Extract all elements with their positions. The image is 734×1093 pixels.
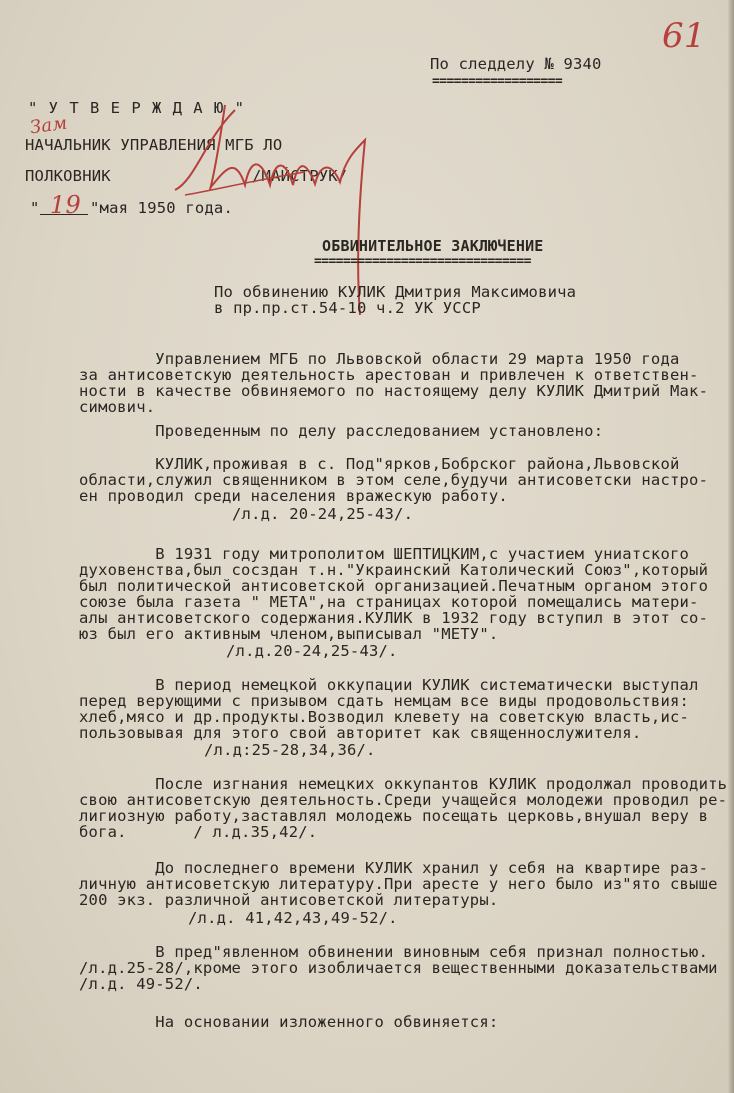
- text-line: за антисоветскую деятельность арестован …: [79, 367, 699, 383]
- text-line: пользовывая для этого свой авторитет как…: [79, 725, 641, 741]
- text-line: ности в качестве обвиняемого по настояще…: [79, 383, 708, 399]
- text-line: В пред"явленном обвинении виновным себя …: [79, 944, 708, 960]
- text-line: лигиозную работу,заставлял молодежь посе…: [79, 808, 708, 824]
- text-line: После изгнания немецких оккупантов КУЛИК…: [79, 776, 727, 792]
- text-line: был политической антисоветской организац…: [79, 578, 708, 594]
- handwritten-note: Зам: [29, 115, 68, 136]
- date-open-quote: ": [30, 200, 40, 216]
- text-line: алы антисоветского содержания.КУЛИК в 19…: [79, 610, 708, 626]
- accusation-basis: На основании изложенного обвиняется:: [79, 1014, 498, 1030]
- text-line: /л.д.25-28/,кроме этого изобличается вещ…: [79, 960, 718, 976]
- date-day-underline: [40, 214, 88, 215]
- approval-rank: ПОЛКОВНИК: [25, 168, 111, 184]
- text-line: хлеб,мясо и др.продукты.Возводил клевету…: [79, 709, 689, 725]
- document-title-underline: ==============================: [314, 258, 531, 266]
- text-line: бога. / л.д.35,42/.: [79, 824, 317, 840]
- text-line: области,служил священником в этом селе,б…: [79, 472, 708, 488]
- case-file-reference: /л.д. 41,42,43,49-52/.: [188, 910, 398, 926]
- text-line: /л.д. 49-52/.: [79, 976, 203, 992]
- charge-header-line1: По обвинению КУЛИК Дмитрия Максимовича: [214, 284, 576, 300]
- case-reference: По следделу № 9340: [430, 56, 602, 72]
- text-line: союзе была газета " МЕТА",на страницах к…: [79, 594, 699, 610]
- charge-header-line2: в пр.пр.ст.54-10 ч.2 УК УССР: [214, 300, 481, 316]
- date-month-year: "мая 1950 года.: [90, 200, 233, 216]
- case-reference-underline: ==================: [432, 78, 562, 86]
- text-line: В период немецкой оккупации КУЛИК систем…: [79, 677, 699, 693]
- document-title: ОБВИНИТЕЛЬНОЕ ЗАКЛЮЧЕНИЕ: [322, 238, 544, 254]
- text-line: свою антисоветскую деятельность.Среди уч…: [79, 792, 727, 808]
- text-line: 200 экз. различной антисоветской литерат…: [79, 892, 498, 908]
- text-line: До последнего времени КУЛИК хранил у себ…: [79, 860, 708, 876]
- text-line: личную антисоветскую литературу.При арес…: [79, 876, 718, 892]
- case-file-reference: /л.д.20-24,25-43/.: [226, 643, 398, 659]
- page-edge: [728, 0, 734, 1093]
- case-file-reference: /л.д:25-28,34,36/.: [204, 742, 376, 758]
- document-page: 61 По следделу № 9340 ==================…: [0, 0, 734, 1093]
- text-line: ен проводил среди населения вражескую ра…: [79, 488, 508, 504]
- text-line: перед верующими с призывом сдать немцам …: [79, 693, 689, 709]
- text-line: духовенства,был сосздан т.н."Украинский …: [79, 562, 708, 578]
- handwritten-page-number: 61: [662, 18, 706, 54]
- text-line: юз был его активным членом,выписывал "МЕ…: [79, 626, 498, 642]
- case-file-reference: /л.д. 20-24,25-43/.: [232, 506, 413, 522]
- investigation-established: Проведенным по делу расследованием устан…: [79, 423, 603, 439]
- text-line: симович.: [79, 399, 155, 415]
- text-line: В 1931 году митрополитом ШЕПТИЦКИМ,с уча…: [79, 546, 689, 562]
- text-line: КУЛИК,проживая в с. Под"ярков,Бобрског р…: [79, 456, 680, 472]
- text-line: Управлением МГБ по Львовской области 29 …: [79, 351, 680, 367]
